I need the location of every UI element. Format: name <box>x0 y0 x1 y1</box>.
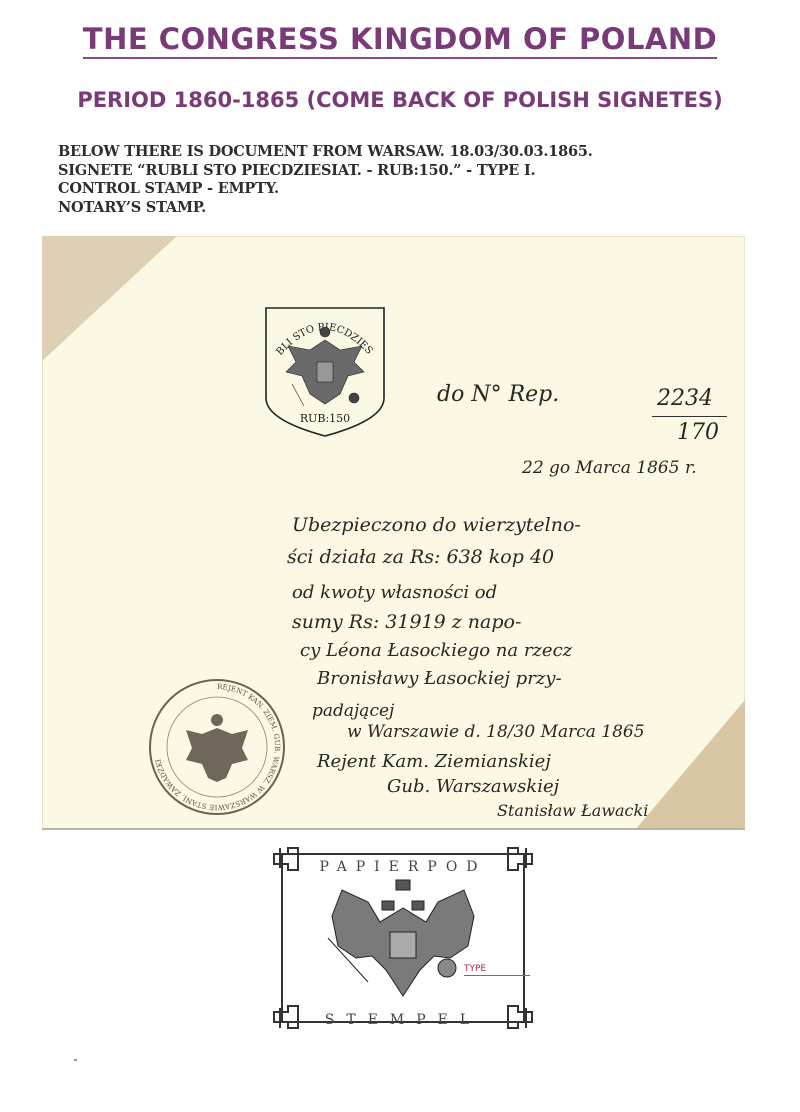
body-line: w Warszawie d. 18/30 Marca 1865 <box>347 722 645 742</box>
body-line: Ubezpieczono do wierzytelno- <box>292 514 581 536</box>
imperial-eagle-icon: PAPIERPOD STEMPEL <box>272 846 534 1030</box>
body-line: cy Léona Łasockiego na rzecz <box>300 640 572 661</box>
description-line: SIGNETE “RUBLI STO PIECDZIESIAT. - RUB:1… <box>58 162 593 181</box>
svg-text:STEMPEL: STEMPEL <box>325 1012 481 1028</box>
folded-corner-bottom-right <box>635 700 745 830</box>
description-block: BELOW THERE IS DOCUMENT FROM WARSAW. 18.… <box>58 143 593 217</box>
body-line: ści działa za Rs: 638 kop 40 <box>287 546 554 568</box>
reference-prefix: do N° Rep. <box>437 382 559 407</box>
fraction-line <box>652 416 727 417</box>
date-line: 22 go Marca 1865 r. <box>522 458 697 478</box>
signet-stamp: RUBLI STO PIECDZIESIAT RUB:150 <box>262 302 388 438</box>
body-line: Gub. Warszawskiej <box>387 776 559 797</box>
description-line: NOTARY’S STAMP. <box>58 199 593 218</box>
reference-number-top: 2234 <box>657 386 713 411</box>
description-line: CONTROL STAMP - EMPTY. <box>58 180 593 199</box>
type-label: TYPE <box>464 964 530 976</box>
eagle-crest-icon: REJENT KAN. ZIEM. GUB. WARSZ. W WARSZAWI… <box>146 676 288 818</box>
svg-text:PAPIERPOD: PAPIERPOD <box>319 859 486 875</box>
page-title-text: THE CONGRESS KINGDOM OF POLAND <box>83 22 717 59</box>
notary-seal: REJENT KAN. ZIEM. GUB. WARSZ. W WARSZAWI… <box>146 676 288 818</box>
page-subtitle: PERIOD 1860-1865 (COME BACK OF POLISH SI… <box>0 88 800 112</box>
double-headed-eagle-icon: RUBLI STO PIECDZIESIAT RUB:150 <box>262 302 388 438</box>
speck <box>74 1059 77 1061</box>
folded-corner-top-left <box>42 236 177 361</box>
historic-document-image: RUBLI STO PIECDZIESIAT RUB:150 do N° Rep… <box>42 236 745 830</box>
document-edge <box>42 828 745 830</box>
description-line: BELOW THERE IS DOCUMENT FROM WARSAW. 18.… <box>58 143 593 162</box>
signature: Stanisław Ławacki <box>497 801 648 820</box>
page-title: THE CONGRESS KINGDOM OF POLAND <box>0 22 800 56</box>
svg-text:RUB:150: RUB:150 <box>300 412 350 425</box>
body-line: od kwoty własności od <box>292 582 497 603</box>
control-stamp: PAPIERPOD STEMPEL <box>272 846 534 1030</box>
reference-number-bottom: 170 <box>677 420 719 445</box>
body-line: sumy Rs: 31919 z napo- <box>292 611 521 633</box>
body-line: padającej <box>312 701 394 721</box>
body-line: Bronisławy Łasockiej przy- <box>317 668 562 689</box>
body-line: Rejent Kam. Ziemianskiej <box>317 751 551 772</box>
